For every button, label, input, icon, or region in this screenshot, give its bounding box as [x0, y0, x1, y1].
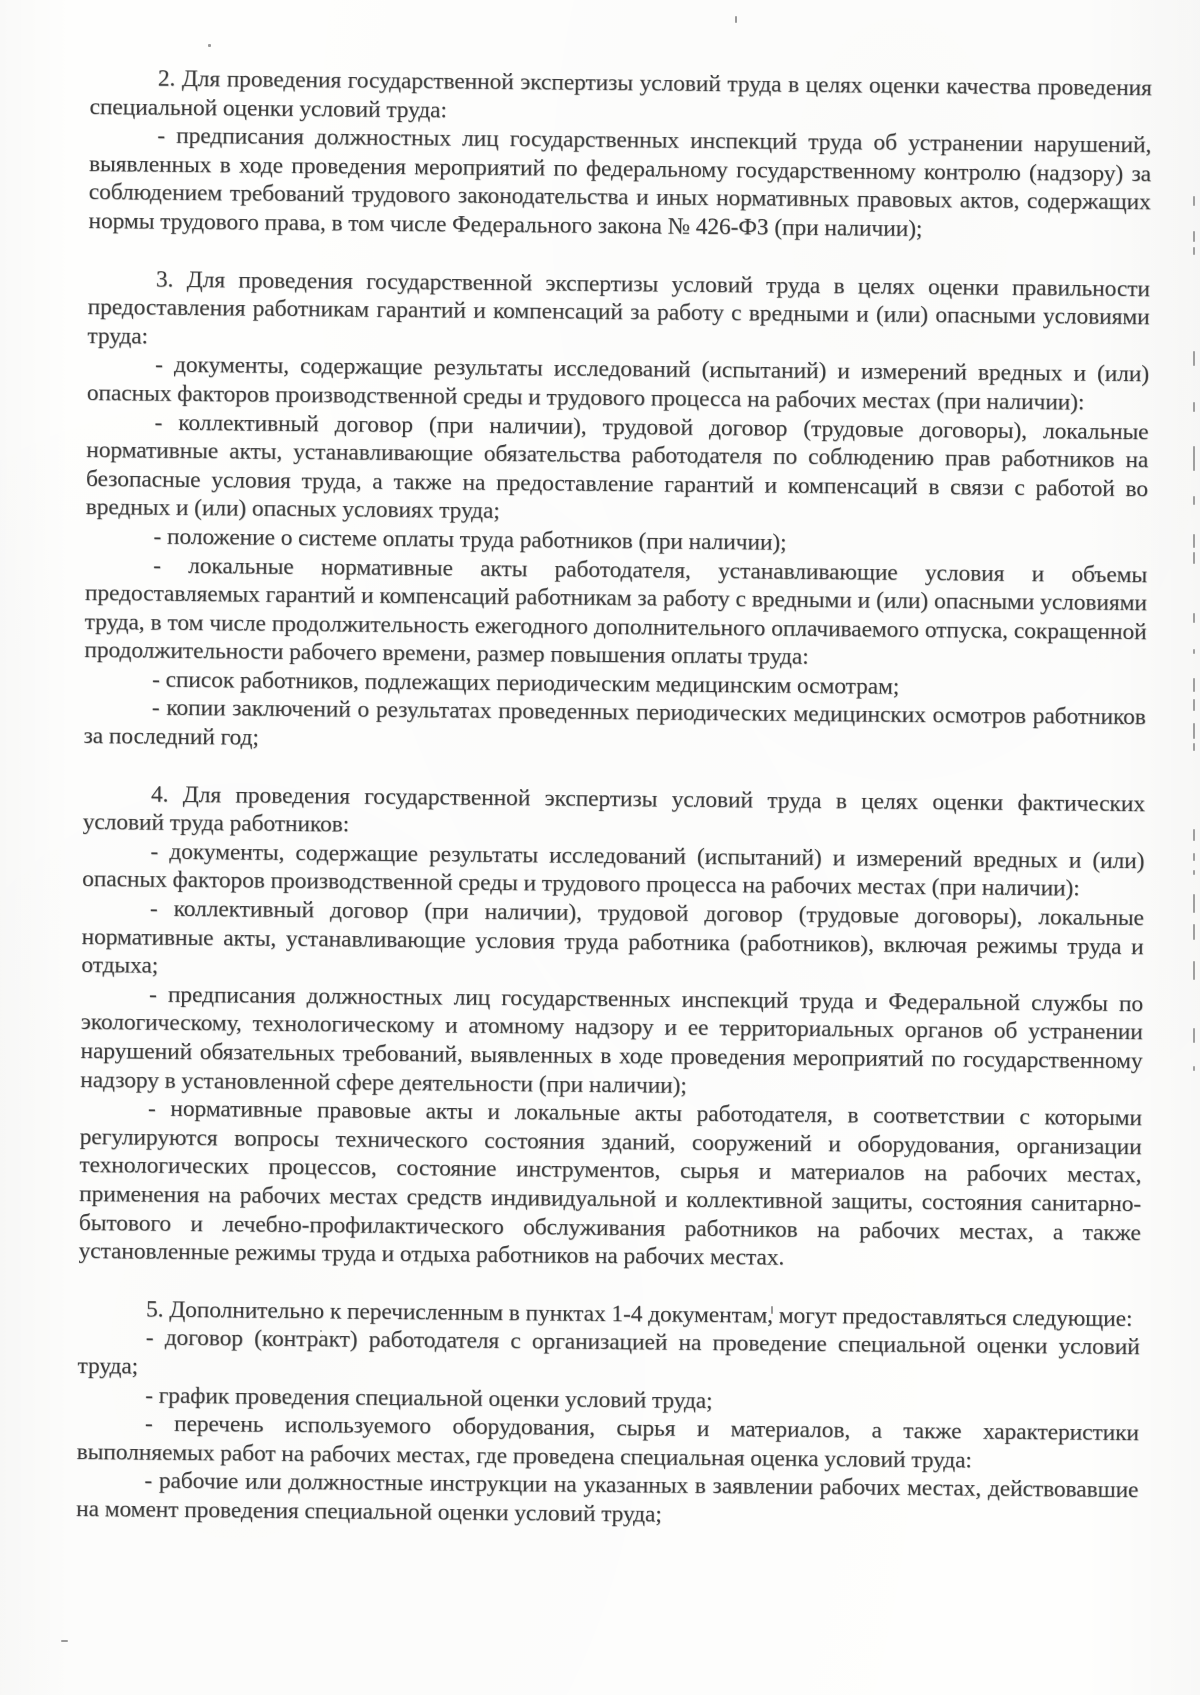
- scan-tick-mark: [1193, 1028, 1195, 1043]
- scan-tick-mark: [1193, 743, 1195, 751]
- section-4-item-4: - нормативные правовые акты и локальные …: [78, 1094, 1142, 1276]
- scan-tick-mark: [1193, 649, 1195, 654]
- scan-tick-mark: [1193, 552, 1195, 564]
- scan-tick-mark: [1193, 723, 1195, 739]
- scan-tick-mark: [1193, 196, 1195, 206]
- section-4-item-3: - предписания должностных лиц государств…: [80, 980, 1143, 1105]
- scan-speck: [735, 16, 737, 23]
- scan-tick-mark: [1193, 699, 1195, 711]
- section-5-item-1: - договор (контракт) работодателя с орга…: [77, 1323, 1140, 1390]
- scan-tick-mark: [1193, 446, 1195, 471]
- scan-speck: [320, 1330, 322, 1332]
- document-text-block: 2. Для проведения государственной экспер…: [76, 64, 1152, 1534]
- scan-speck: [208, 44, 211, 47]
- scan-tick-mark: [1193, 534, 1195, 548]
- scan-tick-mark: [1193, 231, 1195, 242]
- section-3-item-2: - коллективный договор (при наличии), тр…: [86, 408, 1149, 533]
- scan-tick-mark: [1193, 853, 1195, 861]
- scan-tick-mark: [1193, 924, 1195, 940]
- section-2-item-1: - предписания должностных лиц государств…: [88, 121, 1151, 246]
- section-3-item-4: - локальные нормативные акты работодател…: [84, 550, 1147, 675]
- section-3-item-1: - документы, содержащие результаты иссле…: [87, 350, 1150, 417]
- scan-tick-mark: [1193, 894, 1195, 913]
- section-5-item-4: - рабочие или должностные инструкции на …: [76, 1466, 1139, 1533]
- section-3-item-6: - копии заключений о результатах проведе…: [83, 693, 1146, 760]
- scan-tick-mark: [1193, 1066, 1195, 1071]
- section-4-item-2: - коллективный договор (при наличии), тр…: [81, 894, 1144, 990]
- scan-tick-mark: [1193, 496, 1195, 505]
- scan-speck: [771, 1306, 773, 1314]
- scan-tick-mark: [1193, 402, 1195, 412]
- section-4-item-1: - документы, содержащие результаты иссле…: [82, 837, 1145, 904]
- scan-tick-mark: [1193, 247, 1195, 255]
- section-4-intro: 4. Для проведения государственной экспер…: [83, 780, 1146, 847]
- scan-tick-mark: [1193, 829, 1195, 841]
- scan-speck: [61, 1640, 68, 1642]
- section-3-intro: 3. Для проведения государственной экспер…: [87, 265, 1150, 361]
- section-5-item-3: - перечень используемого оборудования, с…: [77, 1409, 1140, 1476]
- scan-tick-mark: [1193, 351, 1195, 366]
- scan-tick-mark: [1193, 678, 1195, 692]
- scanned-document-page: 2. Для проведения государственной экспер…: [0, 0, 1200, 1695]
- section-2-intro: 2. Для проведения государственной экспер…: [89, 64, 1152, 131]
- scan-tick-mark: [1193, 870, 1195, 875]
- scan-tick-mark: [1193, 613, 1195, 623]
- scan-tick-mark: [1193, 961, 1195, 980]
